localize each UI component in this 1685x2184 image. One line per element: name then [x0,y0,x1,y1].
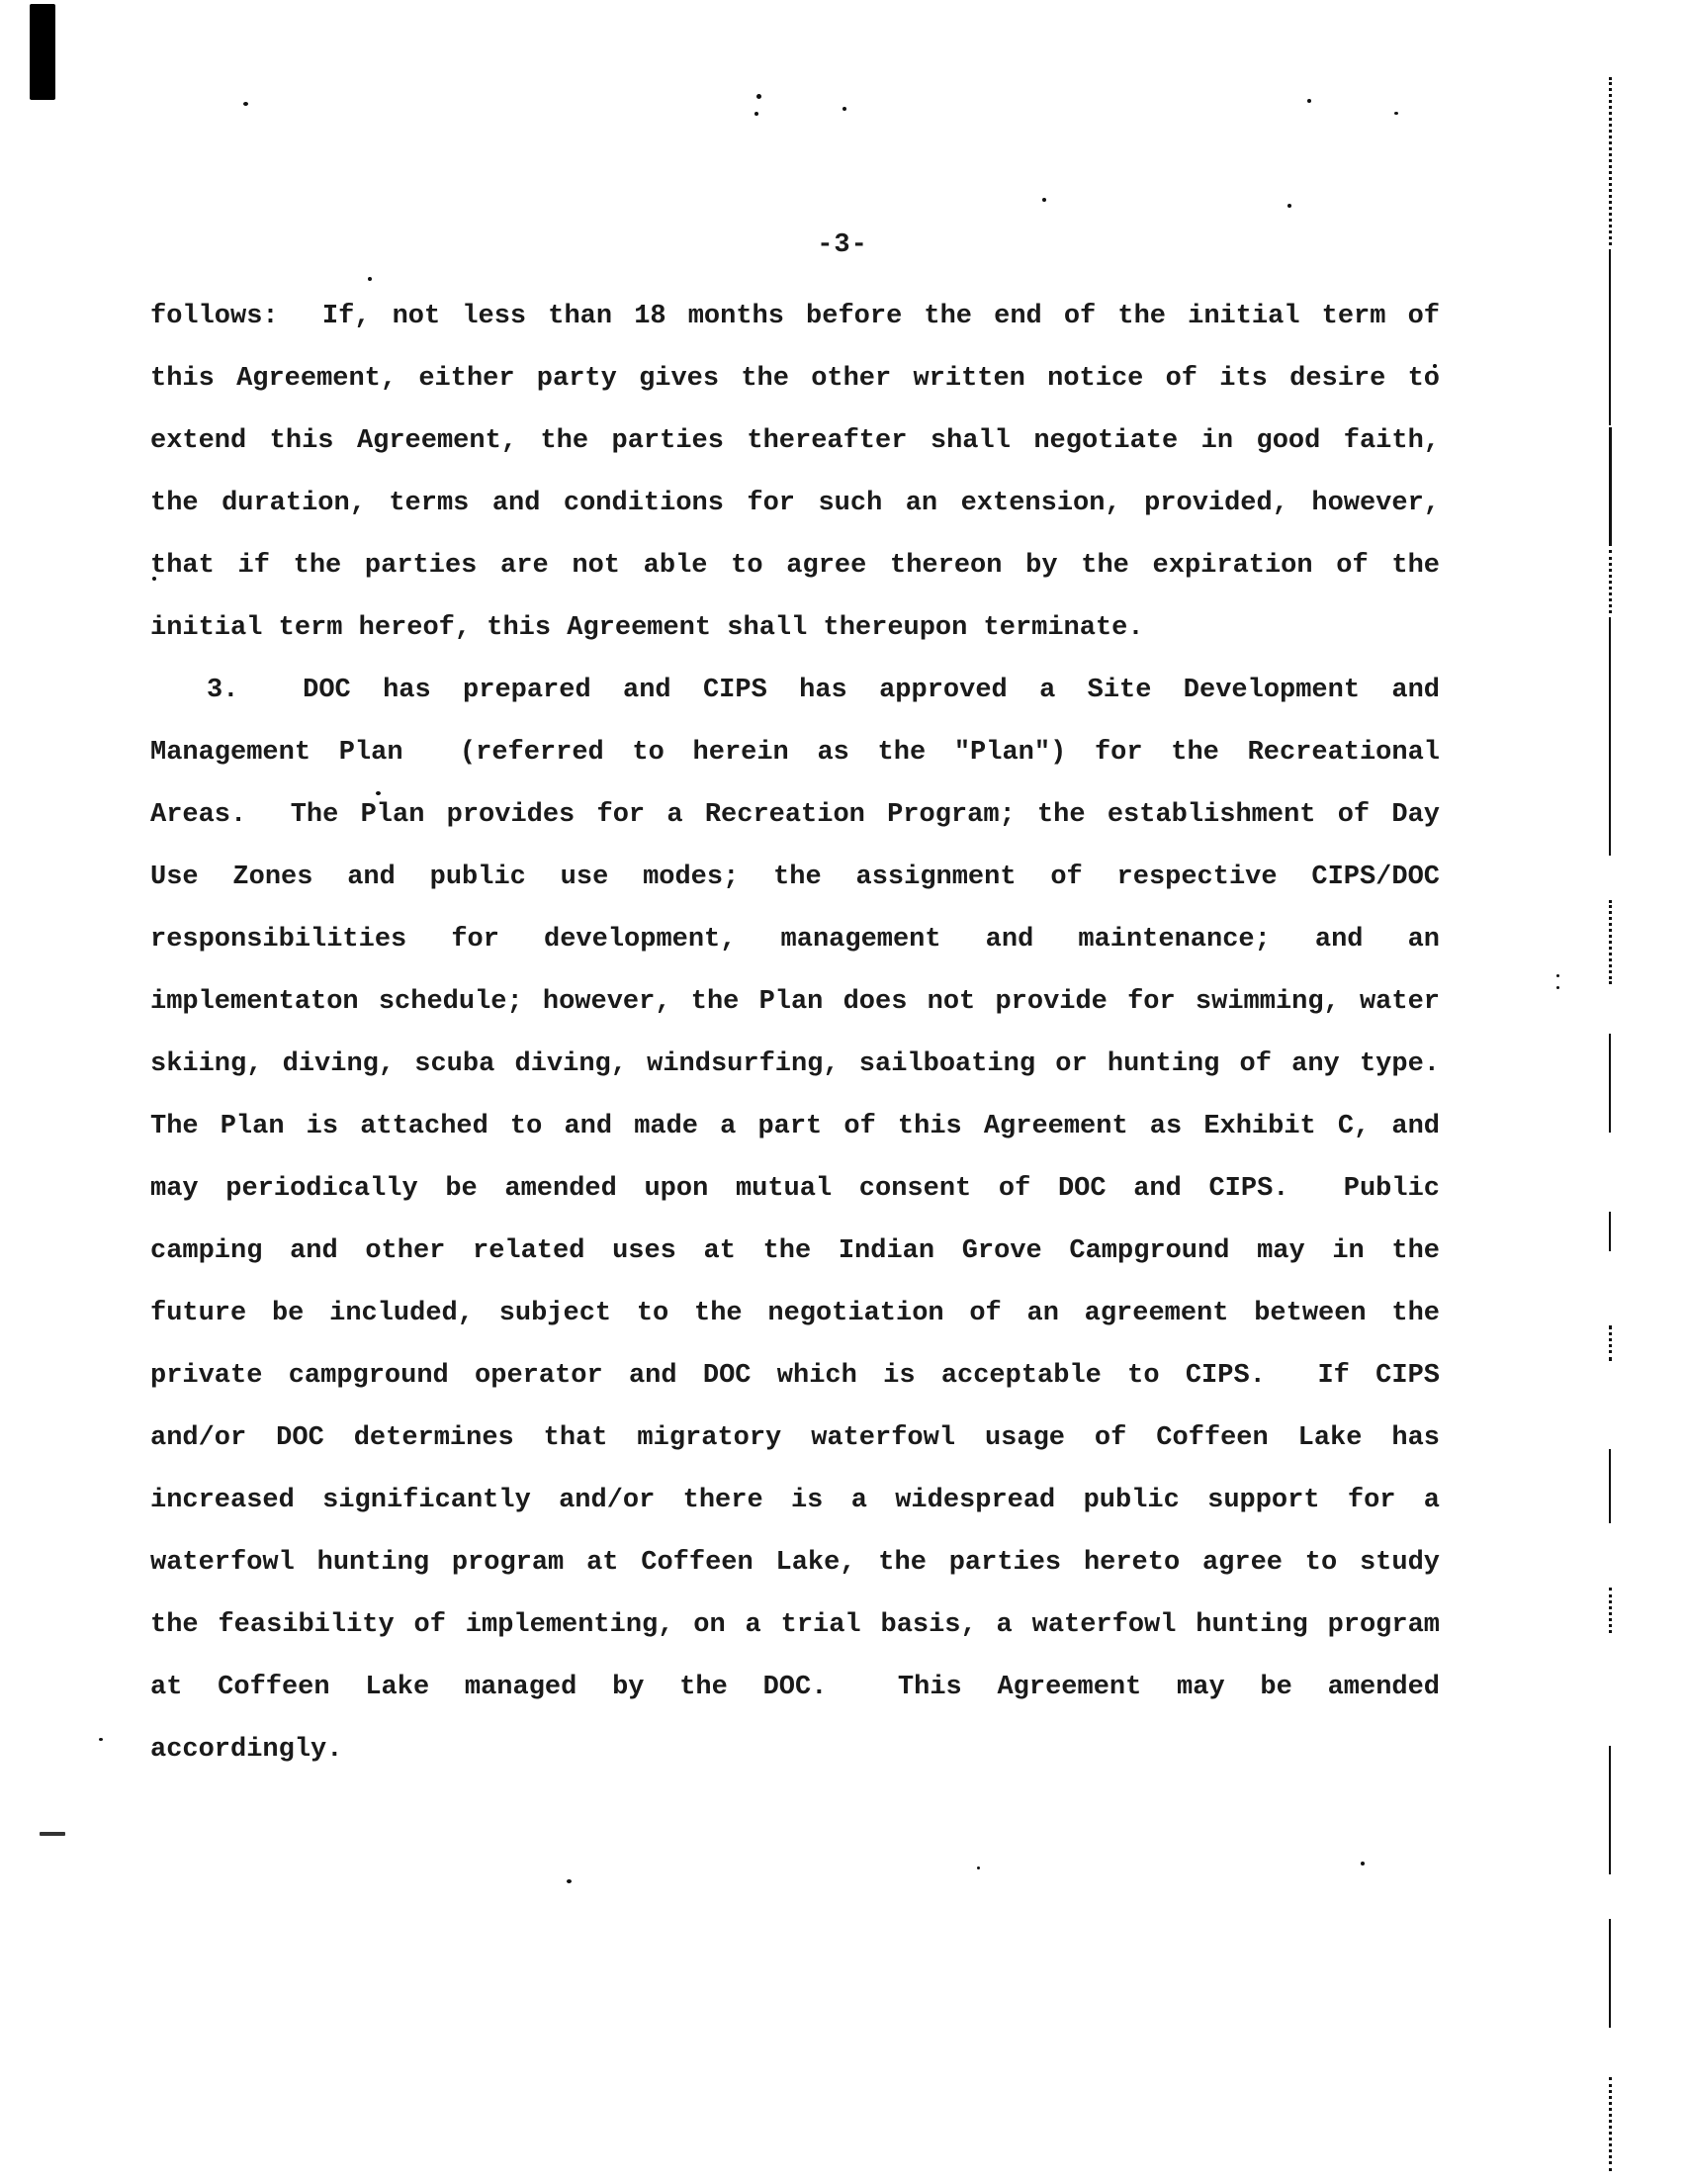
text-line: private campground operator and DOC whic… [150,1345,1440,1408]
page-edge-line [1609,1919,1611,2028]
scan-speck [1307,99,1311,103]
scan-speck [243,102,248,106]
scan-speck [756,94,761,99]
scan-speck [567,1879,572,1883]
scan-speck [1042,198,1046,202]
scan-speck [1556,974,1559,977]
document-body: follows: If, not less than 18 months bef… [150,286,1440,1781]
scan-speck [842,107,846,111]
text-line: 3. DOC has prepared and CIPS has approve… [150,660,1440,722]
page-edge-line [1609,77,1612,245]
page-edge-line [1609,2077,1612,2171]
page-edge-line [1609,617,1611,856]
scan-speck [754,112,758,116]
text-line: may periodically be amended upon mutual … [150,1158,1440,1221]
page-edge-line [1609,1449,1611,1523]
text-line: Use Zones and public use modes; the assi… [150,847,1440,909]
scan-speck [152,577,156,581]
text-line: skiing, diving, scuba diving, windsurfin… [150,1034,1440,1096]
scan-speck [1556,986,1559,989]
scan-speck [1394,112,1398,115]
text-line: this Agreement, either party gives the o… [150,348,1440,410]
text-line: accordingly. [150,1719,1440,1781]
text-line: Areas. The Plan provides for a Recreatio… [150,784,1440,847]
text-line: that if the parties are not able to agre… [150,535,1440,597]
scan-dash [40,1832,65,1836]
text-line: the feasibility of implementing, on a tr… [150,1594,1440,1657]
scan-speck [99,1738,103,1741]
scan-speck [977,1866,980,1869]
text-line: responsibilities for development, manage… [150,909,1440,971]
page-edge-line [1609,1588,1612,1633]
text-line: and/or DOC determines that migratory wat… [150,1408,1440,1470]
text-line: camping and other related uses at the In… [150,1221,1440,1283]
page-edge-line [1609,550,1612,613]
scan-speck [368,277,372,281]
scan-artifact-bar [30,4,55,100]
text-line: future be included, subject to the negot… [150,1283,1440,1345]
text-line: The Plan is attached to and made a part … [150,1096,1440,1158]
page-edge-line [1609,1746,1611,1874]
page-edge-line [1609,1212,1611,1251]
text-line: Management Plan (referred to herein as t… [150,722,1440,784]
text-line: initial term hereof, this Agreement shal… [150,597,1440,660]
page-number: -3- [0,230,1685,260]
page-edge-line [1609,900,1612,984]
page-edge-line [1609,1034,1611,1133]
text-line: waterfowl hunting program at Coffeen Lak… [150,1532,1440,1594]
scan-speck [1361,1862,1365,1865]
text-line: extend this Agreement, the parties there… [150,410,1440,473]
text-line: increased significantly and/or there is … [150,1470,1440,1532]
scan-speck [1287,204,1291,208]
scan-speck [1433,364,1437,368]
text-line: implementaton schedule; however, the Pla… [150,971,1440,1034]
text-line: follows: If, not less than 18 months bef… [150,286,1440,348]
page-edge-line [1609,427,1612,546]
page-edge-line [1609,1325,1612,1361]
text-line: at Coffeen Lake managed by the DOC. This… [150,1657,1440,1719]
scan-speck [376,791,381,795]
scanned-page: { "document": { "page_number": "-3-", "l… [0,0,1685,2184]
page-edge-line [1609,249,1611,425]
text-line: the duration, terms and conditions for s… [150,473,1440,535]
